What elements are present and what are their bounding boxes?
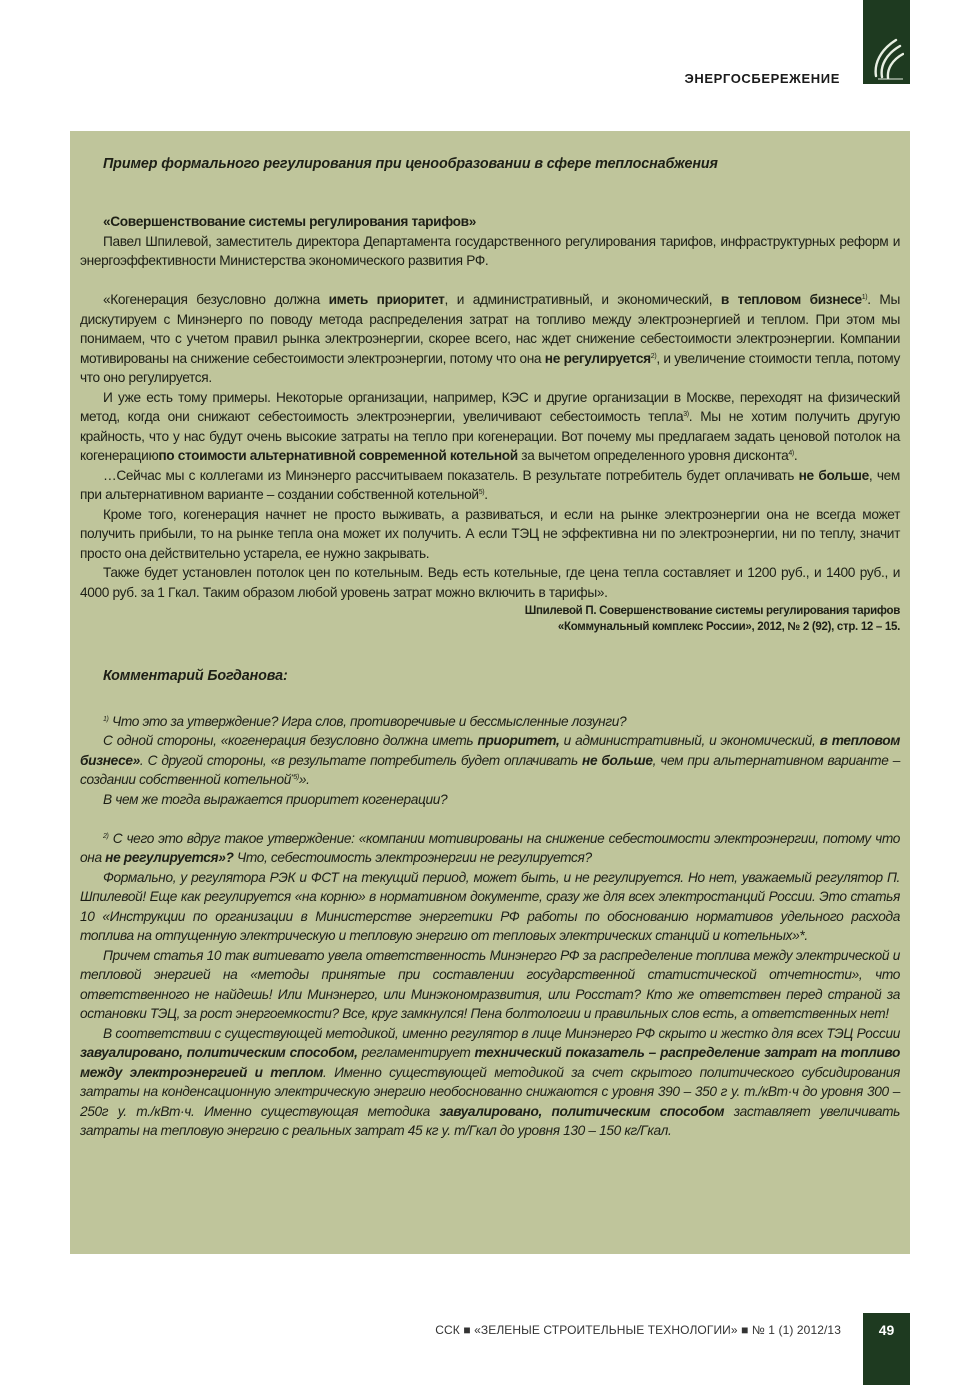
leaf-stripes-icon bbox=[870, 36, 904, 80]
citation-line: Шпилевой П. Совершенствование системы ре… bbox=[80, 604, 900, 620]
paragraph: Также будет установлен потолок цен по ко… bbox=[80, 563, 900, 602]
paragraph: В чем же тогда выражается приоритет коге… bbox=[80, 790, 900, 810]
footnote-ref: *5) bbox=[291, 774, 299, 781]
paragraph: С одной стороны, «когенерация безусловно… bbox=[80, 731, 900, 790]
paragraph: В соответствии с существующей методикой,… bbox=[80, 1024, 900, 1141]
citation: Шпилевой П. Совершенствование системы ре… bbox=[80, 604, 900, 635]
footer-journal: ССК ■ «ЗЕЛЕНЫЕ СТРОИТЕЛЬНЫЕ ТЕХНОЛОГИИ» … bbox=[435, 1323, 841, 1337]
quote-title: «Совершенствование системы регулирования… bbox=[80, 212, 900, 232]
paragraph: 2) С чего это вдруг такое утверждение: «… bbox=[80, 829, 900, 868]
author-line: Павел Шпилевой, заместитель директора Де… bbox=[80, 232, 900, 271]
page-number: 49 bbox=[863, 1322, 910, 1338]
paragraph: И уже есть тому примеры. Некоторые орган… bbox=[80, 388, 900, 466]
page-number-tab: 49 bbox=[863, 1313, 910, 1385]
paragraph: …Сейчас мы с коллегами из Минэнерго расс… bbox=[80, 466, 900, 505]
section-tab bbox=[863, 0, 910, 84]
comment-section: Комментарий Богданова: 1) Что это за утв… bbox=[80, 667, 900, 1141]
section-label: ЭНЕРГОСБЕРЕЖЕНИЕ bbox=[685, 71, 840, 86]
article-panel: Пример формального регулирования при цен… bbox=[70, 131, 910, 1254]
paragraph: «Когенерация безусловно должна иметь при… bbox=[80, 290, 900, 388]
citation-line: «Коммунальный комплекс России», 2012, № … bbox=[80, 620, 900, 636]
paragraph: 1) Что это за утверждение? Игра слов, пр… bbox=[80, 712, 900, 732]
paragraph: Формально, у регулятора РЭК и ФСТ на тек… bbox=[80, 868, 900, 946]
article-title: Пример формального регулирования при цен… bbox=[103, 155, 900, 175]
comment-title: Комментарий Богданова: bbox=[103, 667, 900, 687]
paragraph: Кроме того, когенерация начнет не просто… bbox=[80, 505, 900, 564]
paragraph: Причем статья 10 так витиевато увела отв… bbox=[80, 946, 900, 1024]
